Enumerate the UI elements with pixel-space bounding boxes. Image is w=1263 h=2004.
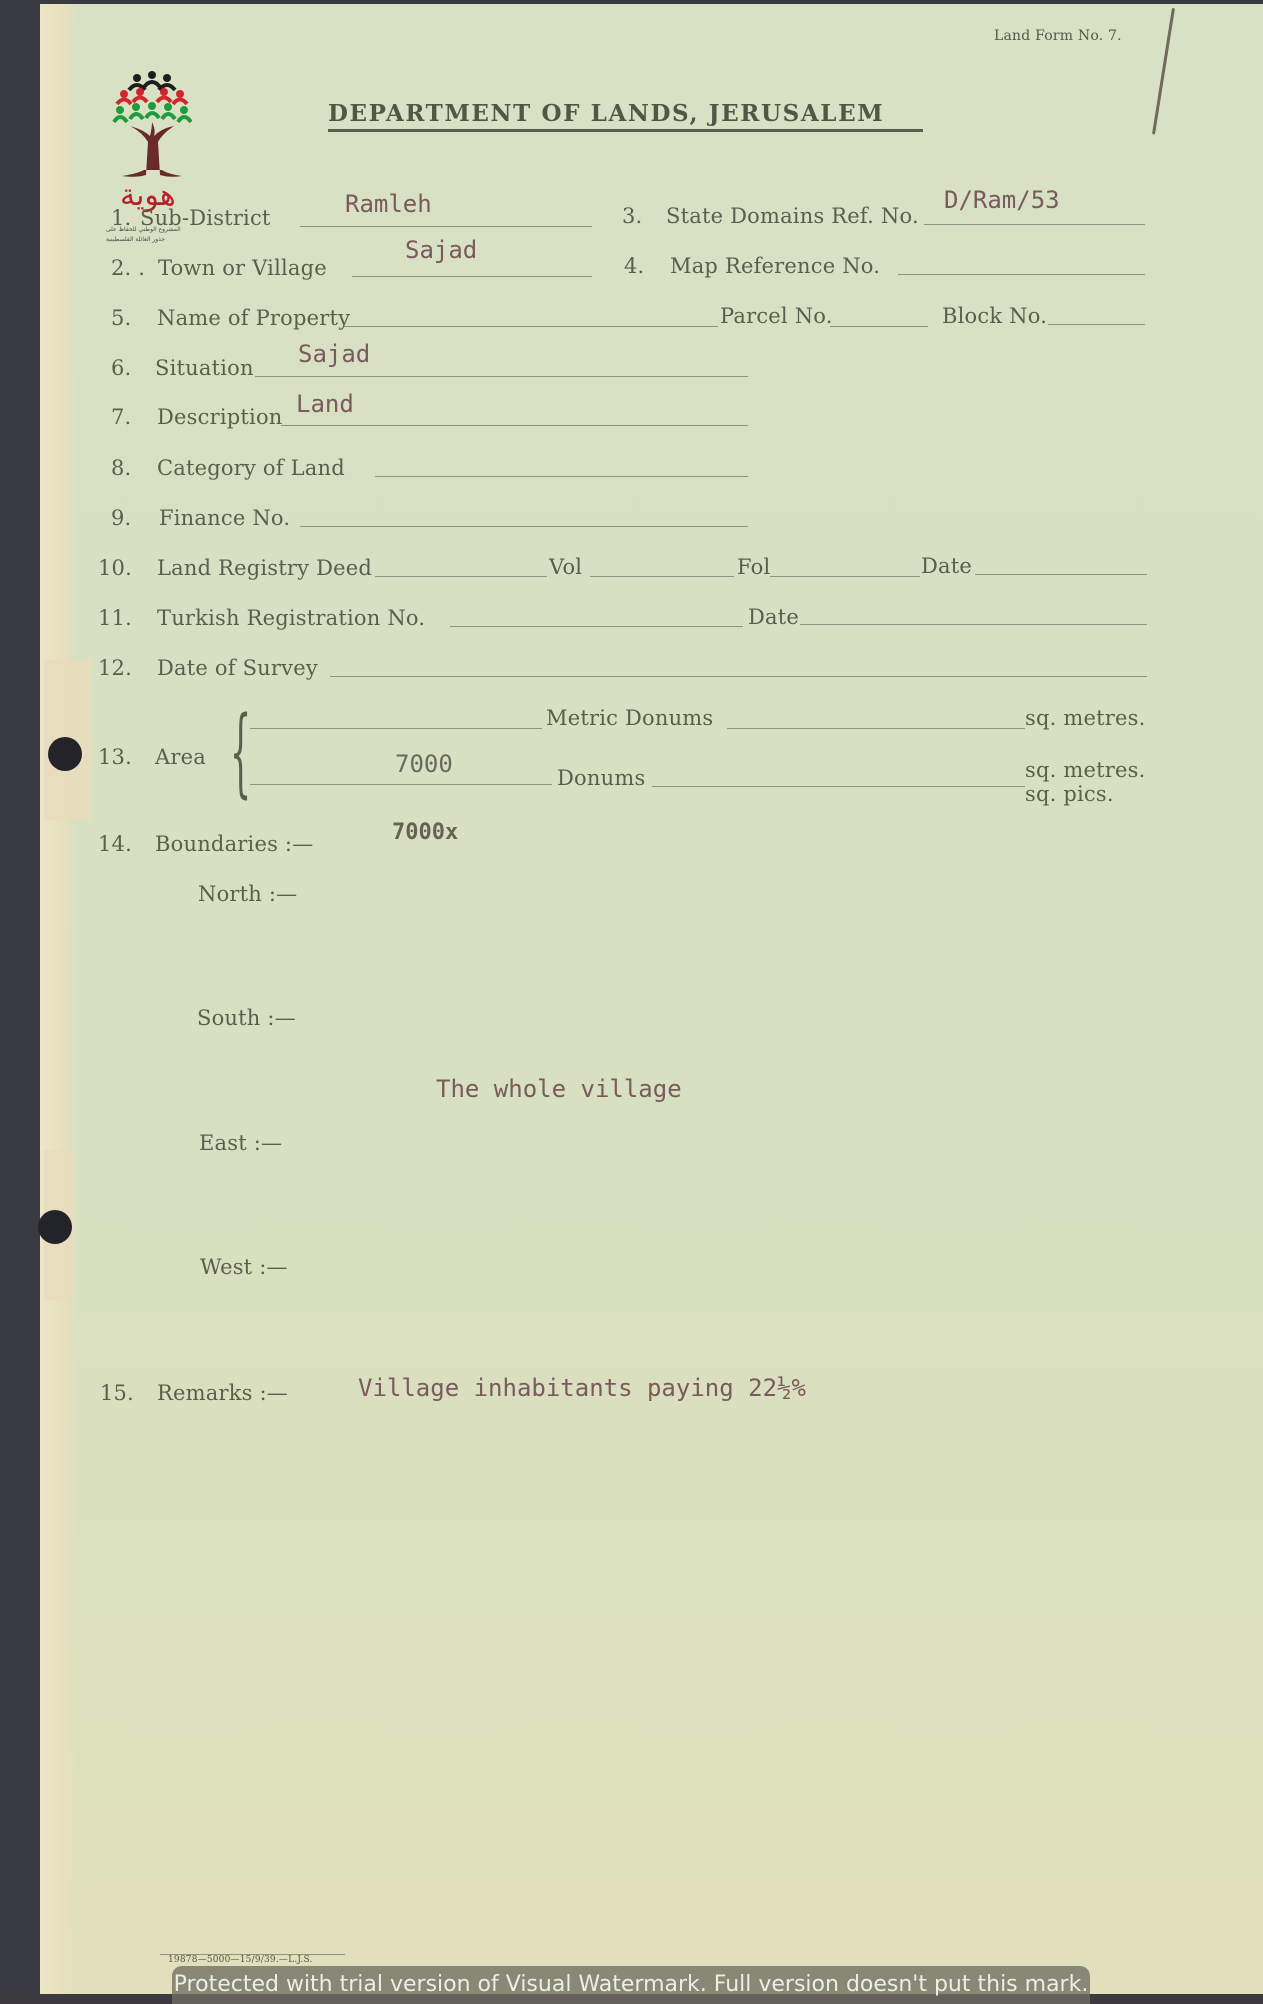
print-code: 19878—5000—15/9/39.—L.J.S. — [168, 1955, 313, 1965]
field-5-number: 5. — [111, 306, 131, 330]
donums-label: Donums — [557, 766, 645, 790]
field-4-line — [898, 274, 1145, 275]
document-page — [40, 4, 1263, 1994]
block-line — [1048, 324, 1145, 325]
east-label: East :— — [199, 1131, 282, 1155]
field-12-label: Date of Survey — [157, 656, 318, 680]
west-label: West :— — [200, 1255, 288, 1279]
field-15-number: 15. — [100, 1381, 134, 1405]
field-7-label: Description — [157, 405, 283, 429]
sq-pics-label: sq. pics. — [1025, 782, 1114, 806]
field-13-number: 13. — [98, 745, 132, 769]
remarks-value[interactable]: Village inhabitants paying 22½% — [358, 1374, 806, 1402]
field-10-line — [375, 576, 547, 577]
field-8-number: 8. — [111, 456, 131, 480]
field-4-label: Map Reference No. — [670, 254, 880, 278]
field-14-number: 14. — [98, 832, 132, 856]
field-12-line — [330, 676, 1147, 677]
paper-edge — [40, 4, 76, 1994]
fol-label: Fol — [737, 555, 770, 579]
tree-of-people-icon — [112, 70, 192, 180]
field-3-number: 3. — [622, 204, 642, 228]
field-11-number: 11. — [98, 606, 132, 630]
field-2-line — [352, 276, 592, 277]
field-10-label: Land Registry Deed — [157, 556, 372, 580]
field-3-line — [924, 224, 1145, 225]
field-9-label: Finance No. — [159, 506, 290, 530]
field-7-number: 7. — [111, 405, 131, 429]
turkish-date-label: Date — [748, 605, 799, 629]
parcel-line — [830, 326, 928, 327]
form-number: Land Form No. 7. — [994, 28, 1122, 44]
north-label: North :— — [198, 882, 297, 906]
field-6-line — [255, 376, 748, 377]
field-10-number: 10. — [98, 556, 132, 580]
metric-donums-line — [250, 728, 542, 729]
sq-metres-label-2: sq. metres. — [1025, 758, 1145, 782]
field-1-value[interactable]: Ramleh — [345, 190, 432, 218]
field-4-number: 4. — [624, 254, 644, 278]
watermark-banner: Protected with trial version of Visual W… — [172, 1966, 1090, 2004]
south-label: South :— — [197, 1006, 296, 1030]
field-7-value[interactable]: Land — [296, 390, 354, 418]
field-2-label: Town or Village — [158, 256, 327, 280]
struck-area-value: 7000x — [392, 820, 458, 845]
field-9-number: 9. — [111, 506, 131, 530]
field-8-label: Category of Land — [157, 456, 345, 480]
field-1-line — [300, 226, 592, 227]
block-label: Block No. — [942, 304, 1047, 328]
field-11-line — [450, 626, 743, 627]
field-11-label: Turkish Registration No. — [157, 606, 425, 630]
field-2-number: 2. . — [111, 256, 145, 280]
punch-hole — [48, 737, 82, 771]
punch-hole — [38, 1210, 72, 1244]
field-12-number: 12. — [98, 656, 132, 680]
area-brace: { — [230, 704, 251, 800]
logo-tagline-2: جذور العائلة الفلسطينية — [106, 236, 165, 243]
field-7-line — [281, 425, 748, 426]
field-8-line — [375, 476, 748, 477]
donums-sq-line — [652, 786, 1025, 787]
field-6-label: Situation — [155, 356, 254, 380]
area-donums-value[interactable]: 7000 — [395, 750, 453, 778]
metric-donums-label: Metric Donums — [546, 706, 713, 730]
field-3-label: State Domains Ref. No. — [666, 204, 919, 228]
field-9-line — [300, 526, 748, 527]
date-line — [975, 574, 1147, 575]
vol-label: Vol — [549, 555, 582, 579]
title-underline — [328, 129, 923, 132]
field-6-number: 6. — [111, 356, 131, 380]
turkish-date-line — [800, 624, 1147, 625]
field-1-label: Sub-District — [140, 206, 271, 230]
field-5-line — [344, 326, 718, 327]
field-5-label: Name of Property — [157, 306, 350, 330]
field-14-label: Boundaries :— — [155, 832, 313, 856]
date-label: Date — [921, 554, 972, 578]
fol-line — [770, 576, 920, 577]
page-title: DEPARTMENT OF LANDS, JERUSALEM — [328, 100, 884, 127]
boundaries-note[interactable]: The whole village — [436, 1075, 682, 1103]
field-6-value[interactable]: Sajad — [298, 340, 370, 368]
field-15-label: Remarks :— — [157, 1381, 288, 1405]
field-3-value[interactable]: D/Ram/53 — [944, 186, 1060, 214]
donums-line — [250, 784, 552, 785]
field-2-value[interactable]: Sajad — [405, 236, 477, 264]
parcel-label: Parcel No. — [720, 304, 833, 328]
sq-metres-label-1: sq. metres. — [1025, 706, 1145, 730]
field-13-label: Area — [155, 745, 206, 769]
vol-line — [590, 576, 734, 577]
field-1-number: 1. — [111, 206, 131, 230]
metric-sqm-line — [727, 728, 1025, 729]
